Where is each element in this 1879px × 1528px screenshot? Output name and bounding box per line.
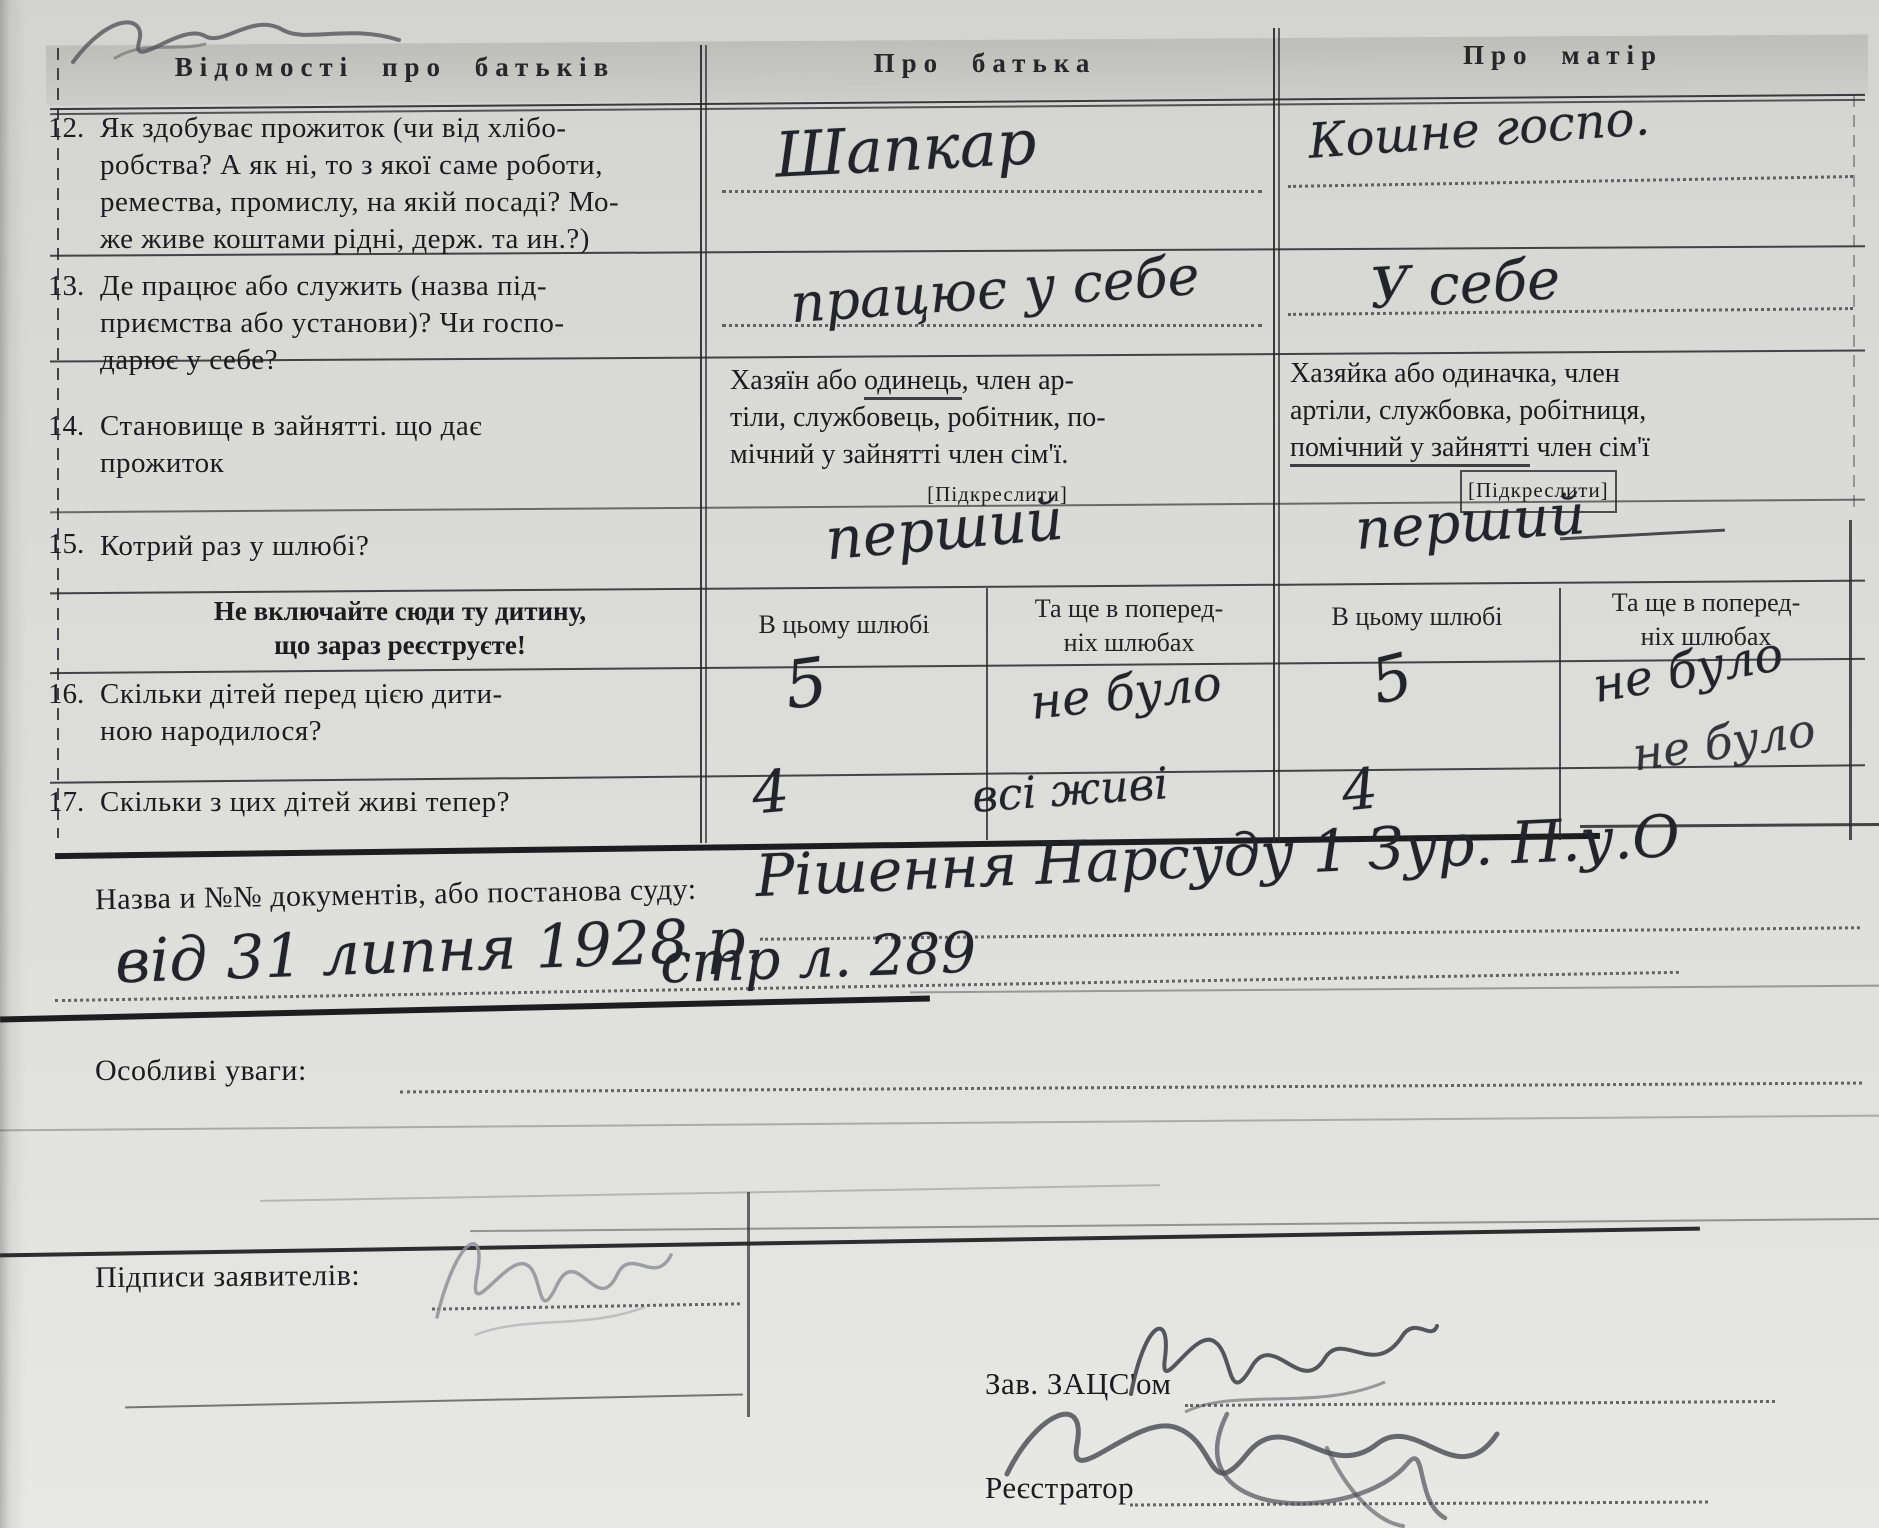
header-father-col: Про батька [705, 48, 1265, 79]
rule-row16-bottom [50, 764, 1865, 783]
father-subheader-prev: Та ще в поперед- ніх шлюбах [990, 592, 1268, 660]
q15-text: Котрий раз у шлюбі? [100, 528, 369, 565]
applicant-signature [415, 1195, 685, 1355]
mother-subcol-divider [1559, 588, 1561, 840]
q12-number: 12. [48, 112, 84, 145]
remarks-label: Особливі уваги: [95, 1054, 307, 1088]
mother-subheader-this: В цьому шлюбі [1278, 600, 1556, 634]
q14-number: 14. [48, 410, 84, 443]
q16-father-this-answer: 5 [780, 642, 832, 724]
corner-pencil-mark [55, 0, 415, 80]
q17-father-prev-answer: всі живі [970, 758, 1169, 823]
exclusion-note: Не включайте сюди ту дитину, що зараз ре… [120, 594, 680, 662]
q12-mother-answer: Кошне госпо. [1306, 90, 1651, 170]
q13-number: 13. [48, 270, 84, 303]
signature-section-divider [747, 1192, 750, 1417]
divider-info-father [700, 45, 702, 843]
q16-father-prev-answer: не було [1028, 655, 1225, 731]
q13-father-dotted-line [722, 324, 1262, 327]
q15-number: 15. [48, 528, 84, 561]
applicants-label: Підписи заявителів: [95, 1259, 360, 1295]
q16-number: 16. [48, 678, 84, 711]
q12-father-dotted-line [722, 190, 1262, 193]
table-left-border [57, 48, 59, 838]
q16-text: Скільки дітей перед цією дити- ною народ… [100, 676, 700, 750]
scanned-registry-form: Відомості про батьків Про батька Про мат… [0, 0, 1879, 1528]
documents-handwriting-1: Рішення Нарсуду 1 Зур. П.у.О [754, 802, 1681, 910]
q17-text: Скільки з цих дітей живі тепер? [100, 784, 510, 821]
q13-father-answer: працює у себе [788, 244, 1201, 335]
registrar-signature [975, 1352, 1515, 1528]
q16-mother-this-answer: 5 [1364, 638, 1420, 718]
table-right-border-bottom [1849, 520, 1852, 840]
header-mother-col: Про матір [1278, 40, 1848, 71]
underlined-word-mother: помічний у зайнятті [1290, 432, 1530, 467]
q12-father-answer: Шапкар [773, 105, 1038, 192]
q17-number: 17. [48, 786, 84, 819]
thin-line-under-documents [910, 985, 1879, 994]
q14-text: Становище в зайнятті. що дає прожиток [100, 408, 660, 482]
q16-mother-prev-answer-2: не було [1629, 702, 1819, 781]
scan-line-2 [260, 1184, 1160, 1202]
q12-mother-dotted-line [1288, 175, 1853, 188]
applicants-second-line [125, 1394, 743, 1409]
q17-father-this-answer: 4 [749, 757, 792, 828]
underlined-word-father: одинець [864, 365, 962, 400]
remarks-dotted-line [400, 1082, 1862, 1094]
q13-text: Де працює або служить (назва під- приємс… [100, 268, 700, 379]
scan-line-1 [0, 1115, 1879, 1132]
father-subheader-this: В цьому шлюбі [705, 608, 983, 642]
signature-section-heavy-line [0, 1227, 1700, 1258]
divider-father-mother [1273, 28, 1275, 843]
q12-text: Як здобуває прожиток (чи від хлібо- робс… [100, 110, 700, 258]
